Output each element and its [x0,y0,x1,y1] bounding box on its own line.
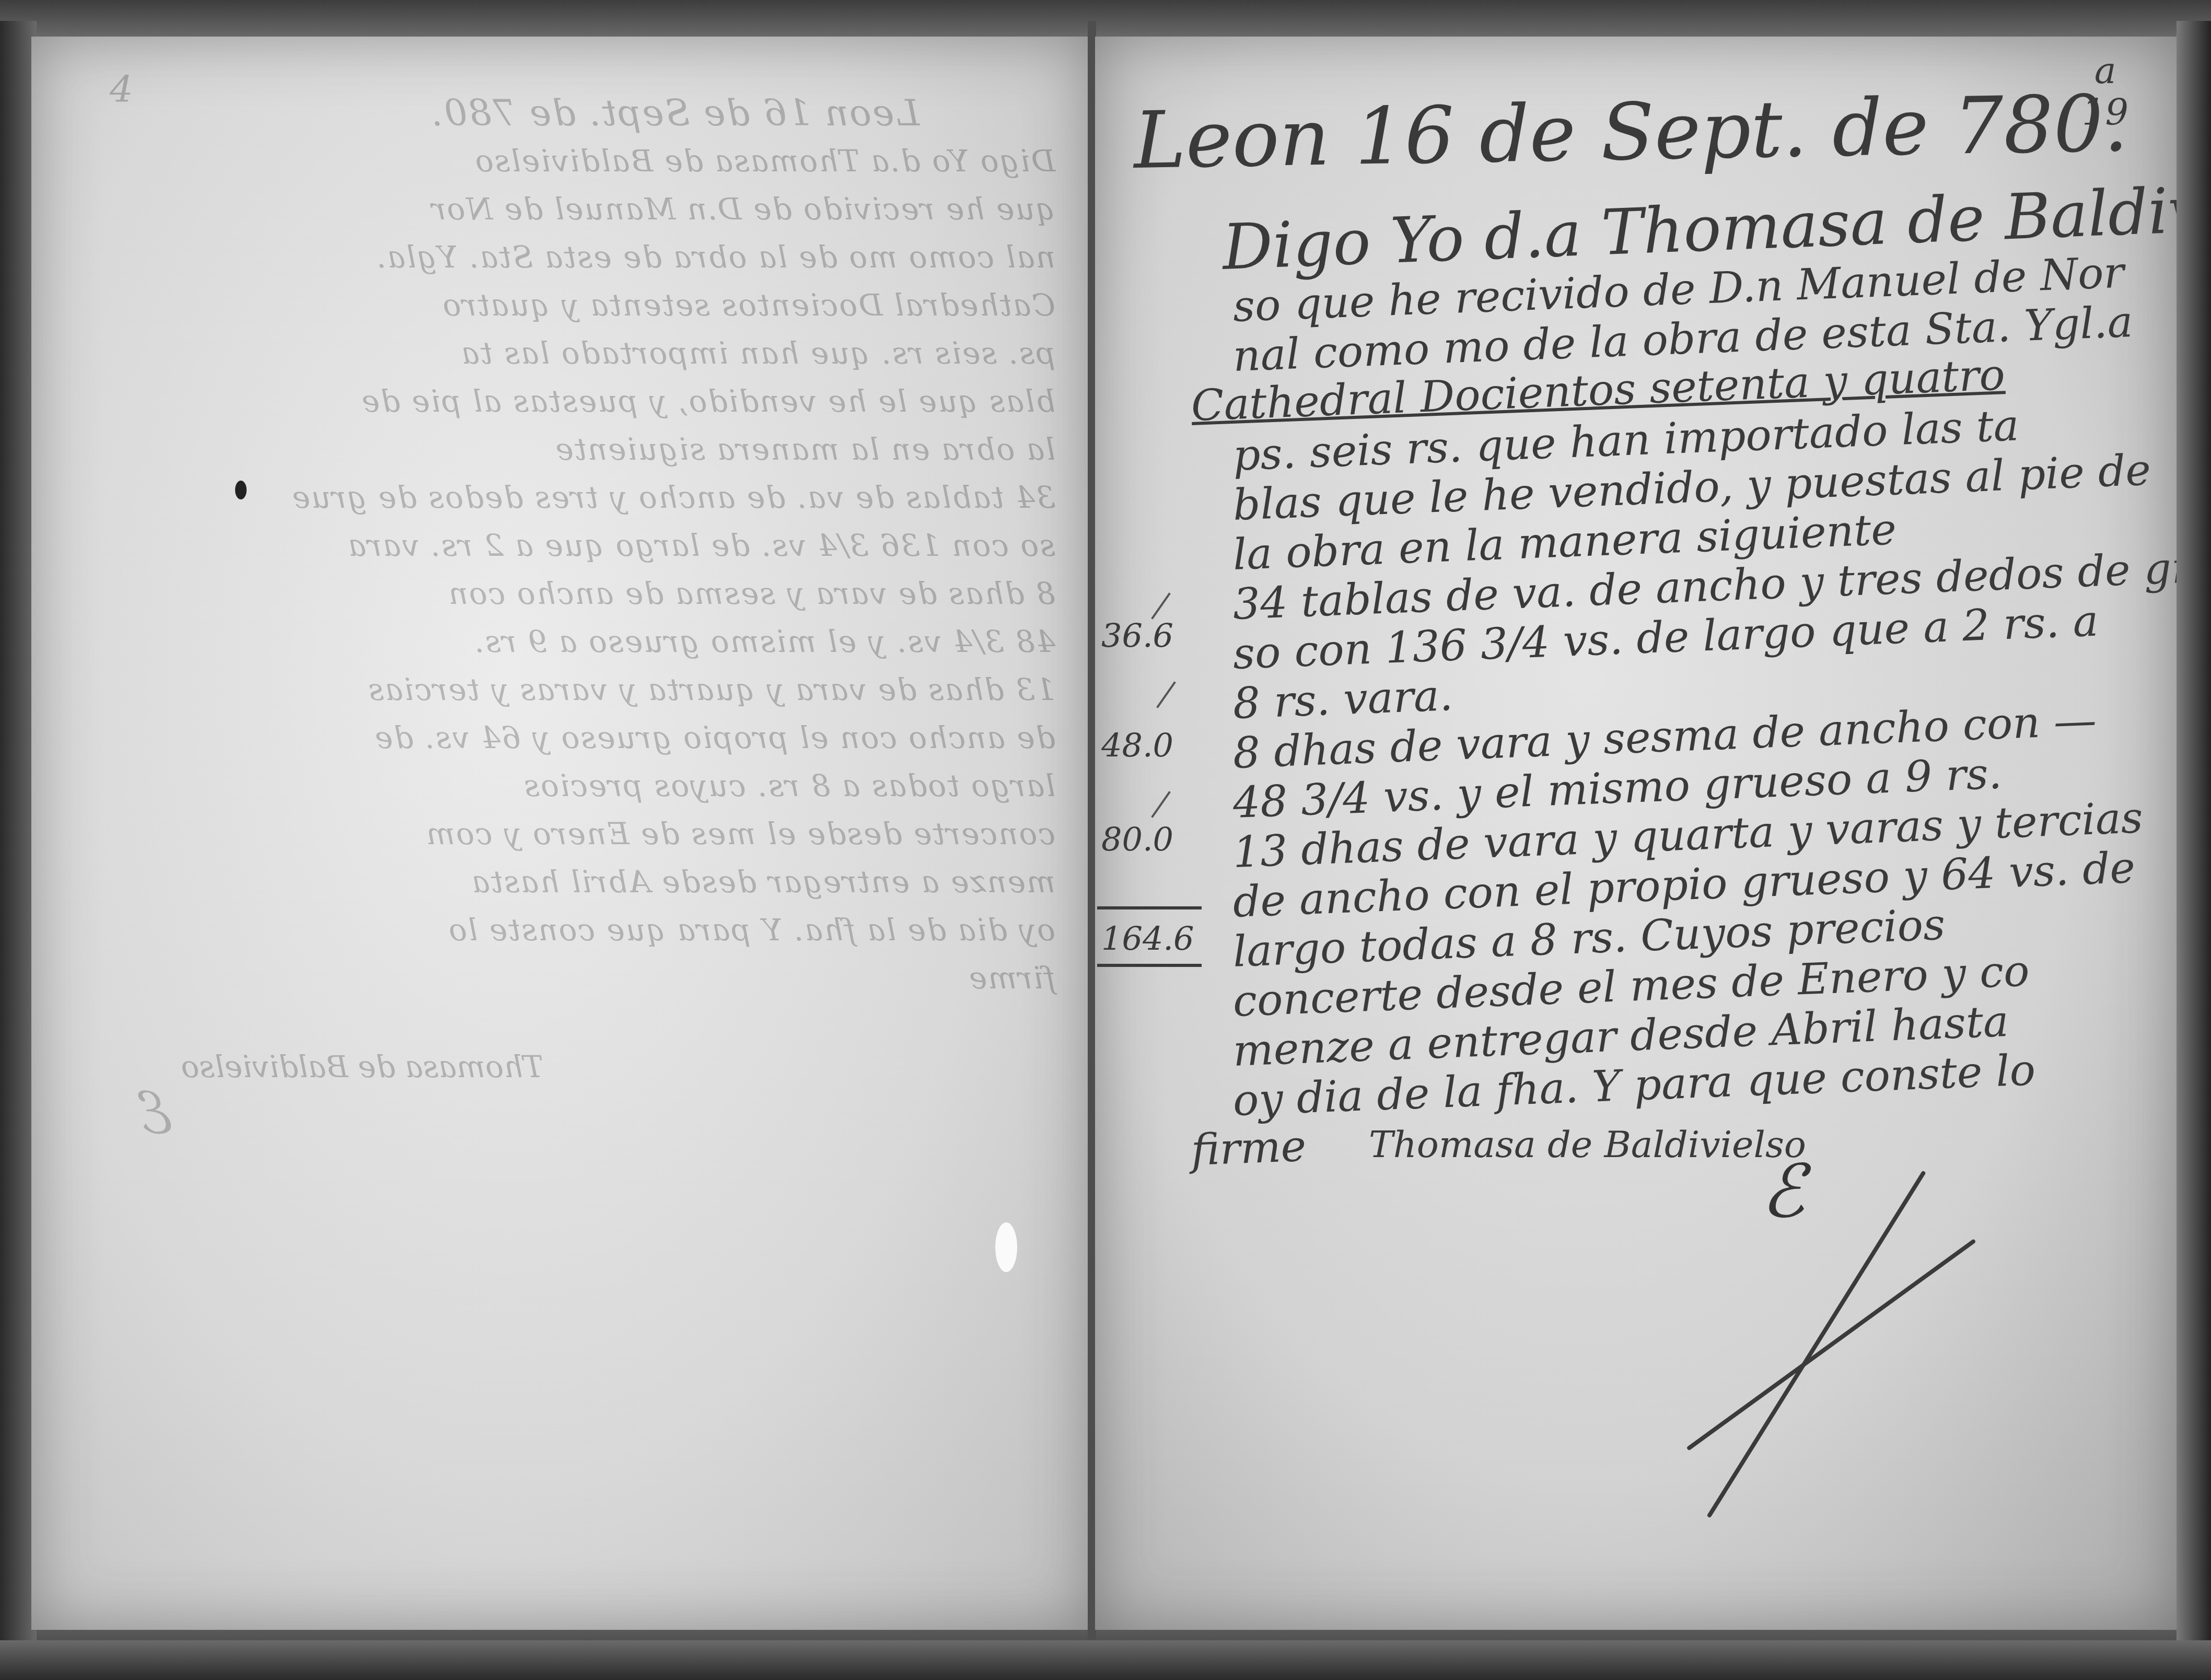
total-rule-top [1097,906,1202,909]
bleed-line: menze a entregar desde Abril hasta [63,858,1055,906]
margin-amount: 48.0 [1101,726,1173,764]
bleed-line: Cathedral Docientos setenta y quatro [63,281,1055,329]
bleed-line: concerte desde el mes de Enero y com [63,810,1055,858]
bleed-signature: Thomasa de Baldivielso [63,1049,1055,1084]
scan-top-edge [0,0,2211,42]
scan-bottom-edge [0,1640,2211,1680]
ink-blot [235,481,247,499]
paper-damage-spot [995,1222,1017,1272]
bleed-heading: Leon 16 de Sept. de 780. [63,89,1055,137]
document-heading: Leon 16 de Sept. de 780. [1133,77,2128,188]
bleed-line: so con 136 3/4 vs. de largo que a 2 rs. … [63,521,1055,569]
bleed-line: Digo Yo d.a Thomasa de Baldivielso [63,137,1055,185]
bleed-line: 34 tablas de va. de ancho y tres dedos d… [63,473,1055,521]
bleed-line: ps. seis rs. que han importado las ta [63,329,1055,377]
bleed-line: nal como mo de la obra de esta Sta. Ygla… [63,233,1055,281]
margin-total: 164.6 [1101,919,1194,958]
left-page-bleed-through: Leon 16 de Sept. de 780. Digo Yo d.a Tho… [63,89,1055,1142]
bleed-line: la obra en la manera siguiente [63,425,1055,473]
bleed-line: oy dia de la fha. Y para que conste lo [63,906,1055,954]
signature: Thomasa de Baldivielso [1369,1123,1806,1166]
rubric-flourish-icon: ℰ [1761,1149,1805,1234]
margin-amount: 80.0 [1101,820,1173,858]
bleed-line: 48 3/4 vs. y el mismo grueso a 9 rs. [63,617,1055,666]
bleed-line: de ancho con el propio grueso y 64 vs. d… [63,714,1055,762]
receipt-body: Digo Yo d.a Thomasa de Baldivielso so qu… [1233,214,2152,1175]
bleed-line: firme [63,954,1055,1002]
total-rule-bottom [1097,964,1202,967]
scan-right-edge [2177,21,2211,1680]
bleed-line: 13 dhas de vara y quarta y varas y terci… [63,666,1055,714]
bleed-rubric-icon: ℰ [63,1084,1055,1142]
bleed-line: 8 dhas de vara y sesma de ancho con [63,569,1055,617]
bleed-line: largo todas a 8 rs. cuyos precios [63,762,1055,810]
bleed-line: blas que le he vendido, y puestas al pie… [63,377,1055,425]
bleed-line: que he recivido de D.n Manuel de Nor [63,185,1055,233]
margin-amount: 36.6 [1101,616,1173,655]
